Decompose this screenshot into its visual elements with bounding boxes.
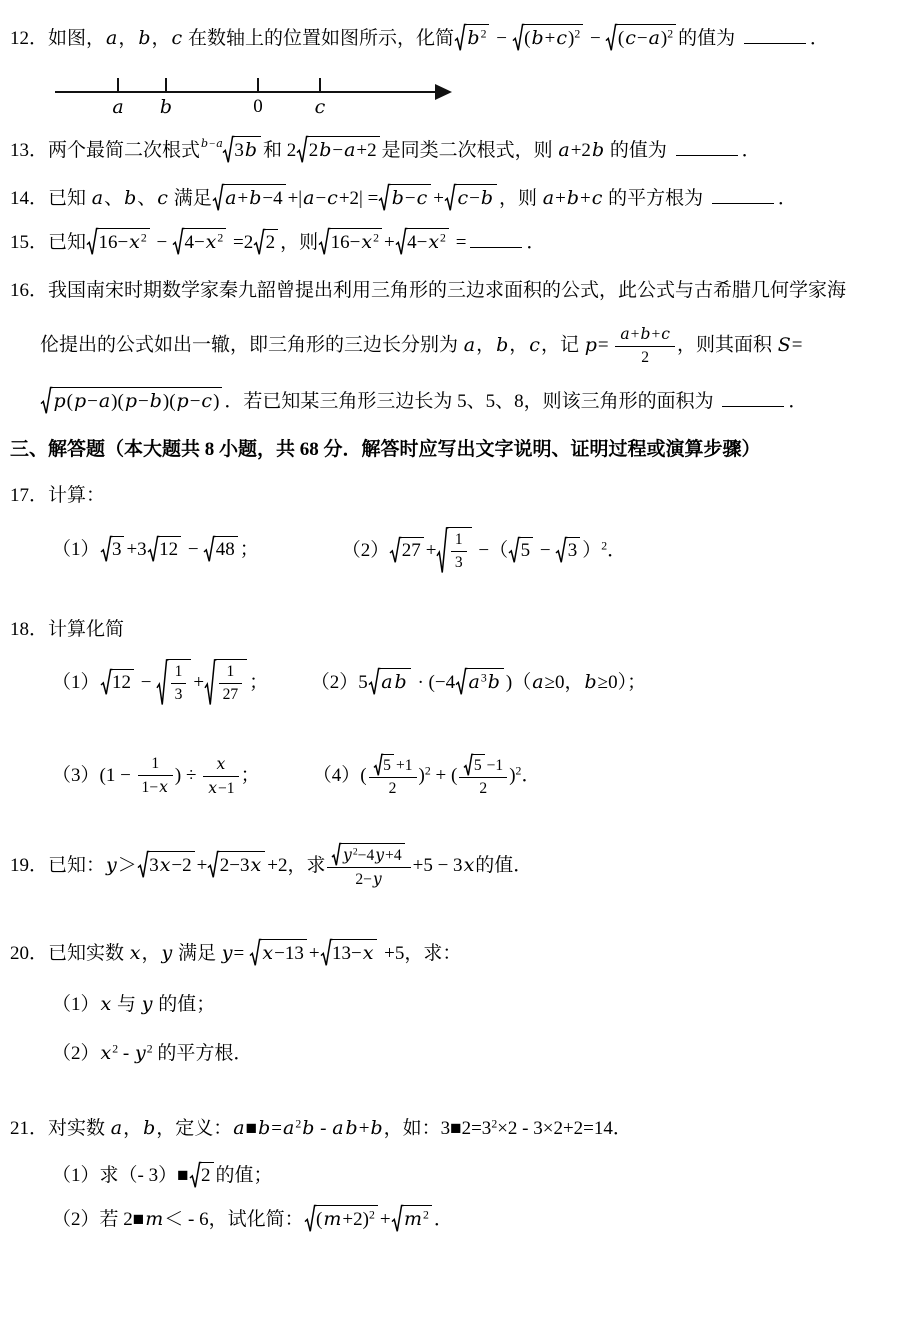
fraction-numerator: 1 — [171, 662, 187, 684]
math-variable: a — [224, 187, 237, 209]
math-variable: b — [200, 137, 209, 150]
problem-20-head: 20．已知实数 x，y 满足 y= x−13+13−x +5，求： — [10, 939, 887, 967]
fraction-denominator: 2 — [459, 778, 507, 799]
radical-sign-icon — [437, 527, 448, 574]
problem-17-item-2: （2）27+13 −（5 − 3）2． — [342, 527, 626, 574]
math-variable: p — [124, 390, 138, 412]
math-variable: c — [416, 187, 429, 209]
superscript: 2 — [491, 1117, 497, 1130]
math-variable: c — [200, 390, 213, 412]
superscript: 2 — [481, 28, 487, 41]
math-variable: c — [456, 187, 469, 209]
math-variable: y — [105, 854, 118, 876]
square-root: 12 — [148, 536, 181, 562]
fraction-denominator: 2−y — [327, 868, 410, 890]
math-variable: x — [128, 231, 141, 253]
radicand: 2−3x — [218, 851, 265, 878]
radical-sign-icon — [455, 24, 466, 51]
radical-sign-icon — [369, 668, 380, 695]
math-variable: b — [123, 187, 137, 209]
problem-17-head: 17．计算： — [10, 483, 887, 509]
superscript: 2 — [353, 847, 358, 858]
math-variable: b — [345, 1117, 359, 1139]
math-variable: x — [205, 231, 218, 253]
fraction: 13 — [451, 530, 467, 574]
math-variable: y — [221, 942, 234, 964]
square-root: 2 — [190, 1162, 214, 1188]
math-variable: x — [360, 231, 373, 253]
math-variable: a — [282, 1117, 295, 1139]
square-root: p(p−a)(p−b)(p−c) — [41, 387, 222, 414]
radical-sign-icon — [250, 939, 261, 966]
square-root: 48 — [204, 536, 237, 562]
number-line-label-c: c — [309, 94, 331, 120]
radical-sign-icon — [205, 659, 216, 706]
radicand: 48 — [214, 536, 238, 562]
radicand: a+b−4 — [222, 184, 285, 211]
radical-sign-icon — [445, 184, 456, 211]
math-variable: a — [531, 671, 544, 693]
tick-a — [117, 78, 119, 92]
tick-c — [319, 78, 321, 92]
square-root: a3b — [456, 668, 504, 695]
square-root: 12 — [101, 669, 134, 695]
math-variable: p — [176, 390, 190, 412]
superscript: 2 — [425, 764, 431, 777]
section-3-header: 三、解答题（本大题共 8 小题，共 68 分．解答时应写出文字说明、证明过程或演… — [10, 437, 887, 463]
radical-sign-icon — [392, 1205, 403, 1232]
math-variable: c — [660, 325, 671, 343]
radical-sign-icon — [456, 668, 467, 695]
math-variable: b — [495, 334, 509, 356]
radical-sign-icon — [297, 136, 308, 163]
square-root: 27 — [390, 537, 423, 563]
radicand: m2 — [401, 1205, 432, 1232]
problem-18-items-row-1: （1）12 − 13+127； （2）5ab · (−4a3b)（a≥0，b≥0… — [10, 659, 887, 706]
fraction-numerator: y2−4y+4 — [327, 843, 410, 868]
fraction: a+b+c2 — [615, 324, 675, 369]
math-variable: b — [584, 671, 598, 693]
answer-blank — [676, 153, 738, 156]
radicand: 27 — [400, 537, 424, 563]
fraction-numerator: 5+1 — [369, 754, 417, 778]
math-variable: a — [331, 1117, 344, 1139]
fraction-denominator: x−1 — [203, 777, 238, 799]
math-variable: b — [466, 27, 480, 49]
fraction-denominator: 2 — [615, 347, 675, 368]
radical-sign-icon — [319, 228, 330, 255]
math-variable: x — [100, 993, 113, 1015]
math-variable: c — [171, 27, 184, 49]
math-variable: x — [215, 755, 226, 773]
problem-18-item-3: （3）(1 − 11−x) ÷ xx−1； — [52, 754, 308, 800]
math-variable: c — [555, 27, 568, 49]
tick-0 — [257, 78, 259, 92]
math-variable: b — [369, 1117, 383, 1139]
radical-sign-icon — [464, 754, 473, 776]
superscript: 2 — [217, 232, 223, 245]
radical-sign-icon — [223, 136, 234, 163]
superscript: 2 — [423, 1208, 429, 1221]
square-root: (c−a)2 — [606, 24, 676, 51]
radical-sign-icon — [606, 24, 617, 51]
math-variable: x — [159, 854, 172, 876]
math-variable: c — [156, 187, 169, 209]
number-line-diagram: a b 0 c — [55, 64, 475, 120]
math-variable: a — [619, 325, 630, 343]
math-variable: x — [261, 942, 274, 964]
radicand: 3 — [566, 537, 581, 563]
radicand: c−b — [454, 184, 497, 211]
math-variable: b — [137, 27, 151, 49]
math-variable: a — [232, 1117, 245, 1139]
math-variable: b — [591, 139, 605, 161]
math-variable: x — [427, 231, 440, 253]
math-variable: y — [141, 993, 154, 1015]
math-variable: y — [161, 942, 174, 964]
radicand: 5 — [472, 754, 485, 776]
fraction-denominator: 1−x — [138, 776, 173, 798]
radical-sign-icon — [305, 1205, 316, 1232]
problem-21-head: 21．对实数 a，b，定义：a■b=a2b - ab+b，如：3■2=32×2 … — [10, 1115, 887, 1142]
radicand: 2 — [199, 1162, 214, 1188]
math-variable: b — [248, 187, 262, 209]
number-line-label-a: a — [107, 94, 129, 120]
radical-sign-icon — [41, 387, 52, 414]
radical-sign-icon — [101, 536, 112, 562]
radicand: 5 — [381, 754, 394, 776]
math-variable: y — [134, 1042, 147, 1064]
fraction-numerator: a+b+c — [615, 324, 675, 347]
math-variable: a — [380, 671, 393, 693]
radical-sign-icon — [173, 228, 184, 255]
superscript: 2 — [440, 232, 446, 245]
math-variable: p — [52, 390, 66, 412]
problem-20-item-2: （2）x2 - y2 的平方根． — [10, 1040, 887, 1067]
radical-sign-icon — [157, 659, 168, 706]
problem-18-head: 18．计算化简 — [10, 617, 887, 643]
answer-blank — [712, 201, 774, 204]
fraction: 5+12 — [369, 754, 417, 800]
fraction-numerator: 1 — [219, 662, 243, 684]
square-root: 5 — [509, 537, 533, 563]
number-line-label-0: 0 — [247, 94, 269, 120]
radicand: 127 — [215, 659, 248, 706]
radical-sign-icon — [509, 537, 520, 563]
square-root: 13 — [157, 659, 191, 706]
radicand: ab — [378, 668, 411, 695]
math-variable: a — [343, 139, 356, 161]
fraction-denominator: 3 — [171, 684, 187, 705]
problem-18-item-1: （1）12 − 13+127； — [52, 659, 306, 706]
problem-18-item-4: （4）(5+12)2 + (5−12)2． — [313, 754, 541, 800]
math-variable: x — [100, 1042, 113, 1064]
radical-sign-icon — [556, 537, 567, 563]
math-variable: b — [301, 1117, 315, 1139]
radicand: 2 — [264, 229, 279, 255]
problem-21-item-1: （1）求（- 3）■2的值； — [10, 1162, 887, 1189]
math-variable: b — [394, 671, 408, 693]
radicand: 3 — [110, 536, 125, 562]
square-root: a+b−4 — [213, 184, 286, 211]
math-variable: a — [557, 139, 570, 161]
problem-21-item-2: （2）若 2■m＜ - 6，试化简：(m+2)2+m2． — [10, 1205, 887, 1233]
problem-13: 13．两个最简二次根式b−a3b和 22b−a+2是同类二次根式，则 a+2b … — [10, 136, 887, 164]
radicand: 12 — [157, 536, 181, 562]
square-root: 13 — [437, 527, 471, 574]
fraction: 13 — [171, 662, 187, 706]
fraction: 11−x — [138, 754, 173, 799]
radicand: y2−4y+4 — [340, 843, 405, 866]
problem-17-item-1: （1）3+312 − 48； — [52, 536, 337, 563]
superscript: 2 — [574, 28, 580, 41]
math-variable: p — [584, 334, 598, 356]
radicand: 13 — [447, 527, 472, 574]
math-variable: a — [98, 390, 111, 412]
math-variable: b — [257, 1117, 271, 1139]
radical-sign-icon — [208, 851, 219, 878]
square-root: 5 — [374, 754, 394, 776]
superscript: 2 — [141, 232, 147, 245]
square-root: 2 — [254, 229, 278, 255]
math-variable: x — [250, 854, 263, 876]
math-variable: a — [468, 671, 481, 693]
math-variable: y — [374, 846, 385, 864]
problem-14: 14．已知 a、b、c 满足a+b−4+|a−c+2| =b−c+c−b，则 a… — [10, 184, 887, 212]
radicand: x−13 — [259, 939, 306, 966]
math-variable: c — [624, 27, 637, 49]
radicand: p(p−a)(p−b)(p−c) — [50, 387, 222, 414]
number-line-axis — [55, 91, 437, 93]
fraction-numerator: 1 — [451, 530, 467, 552]
square-root: c−b — [445, 184, 497, 211]
fraction-numerator: x — [203, 754, 238, 777]
math-variable: m — [322, 1208, 342, 1230]
fraction-denominator: 2 — [369, 778, 417, 799]
radical-sign-icon — [254, 229, 265, 255]
tick-b — [165, 78, 167, 92]
math-variable: a — [105, 27, 118, 49]
math-variable: b — [639, 325, 651, 343]
math-variable: x — [463, 854, 476, 876]
arrowhead-icon — [435, 84, 452, 100]
radicand: (m+2)2 — [314, 1205, 378, 1232]
math-variable: a — [110, 1117, 123, 1139]
radical-sign-icon — [321, 939, 332, 966]
radical-sign-icon — [332, 843, 341, 866]
square-root: 13−x — [321, 939, 378, 966]
problem-19: 19．已知：y＞3x−2+2−3x+2，求y2−4y+42−y+5 − 3x的值… — [10, 843, 887, 891]
radicand: 12 — [110, 669, 134, 695]
fraction: 127 — [219, 662, 243, 706]
fraction: xx−1 — [203, 754, 238, 800]
problem-15: 15．已知16−x2 − 4−x2 =22，则16−x2+4−x2 =． — [10, 228, 887, 256]
square-root: ab — [369, 668, 411, 695]
square-root: x−13 — [250, 939, 307, 966]
radicand: 3b — [232, 136, 261, 163]
fraction-numerator: 5−1 — [459, 754, 507, 778]
math-variable: a — [648, 27, 661, 49]
problem-17-items: （1）3+312 − 48； （2）27+13 −（5 − 3）2． — [10, 527, 887, 574]
radicand: b−c — [389, 184, 432, 211]
superscript: 3 — [481, 672, 487, 685]
radical-sign-icon — [138, 851, 149, 878]
square-root: 3 — [556, 537, 580, 563]
radicand: 16−x2 — [329, 228, 382, 255]
square-root: b2 — [455, 24, 490, 51]
answer-blank — [470, 245, 522, 248]
radicand: 4−x2 — [405, 228, 449, 255]
math-variable: y — [372, 870, 383, 888]
radical-sign-icon — [379, 184, 390, 211]
math-variable: m — [144, 1208, 164, 1230]
radicand: 4−x2 — [182, 228, 226, 255]
square-root: (m+2)2 — [305, 1205, 378, 1232]
math-variable: b — [244, 139, 258, 161]
math-variable: x — [158, 778, 169, 796]
square-root: m2 — [392, 1205, 432, 1232]
radical-sign-icon — [204, 536, 215, 562]
fraction-numerator: 1 — [138, 754, 173, 776]
math-variable: x — [129, 942, 142, 964]
square-root: 2b−a+2 — [297, 136, 379, 163]
radicand: 3x−2 — [147, 851, 194, 878]
superscript: 2 — [667, 28, 673, 41]
math-variable: a — [302, 187, 315, 209]
math-variable: S — [777, 334, 792, 356]
superscript: 2 — [112, 1042, 118, 1055]
math-variable: b — [480, 187, 494, 209]
root-index: b−a — [200, 138, 224, 150]
radicand: (c−a)2 — [616, 24, 676, 51]
superscript: 2 — [369, 1208, 375, 1221]
fraction: 5−12 — [459, 754, 507, 800]
answer-blank — [722, 404, 784, 407]
problem-16-line-3: p(p−a)(p−b)(p−c)．若已知某三角形三边长为 5、5、8，则该三角形… — [10, 387, 887, 415]
math-variable: a — [91, 187, 104, 209]
math-variable: p — [73, 390, 87, 412]
square-root: 3 — [101, 536, 125, 562]
radicand: 2b−a+2 — [307, 136, 380, 163]
radicand: b2 — [464, 24, 489, 51]
math-variable: m — [403, 1208, 423, 1230]
square-root: 4−x2 — [173, 228, 226, 255]
problem-16-line-2: 伦提出的公式如出一辙，即三角形的三边长分别为 a，b，c，记 p= a+b+c2… — [10, 324, 887, 369]
radical-sign-icon — [101, 669, 112, 695]
math-variable: b — [487, 671, 501, 693]
math-variable: x — [207, 779, 218, 797]
square-root: b−c — [379, 184, 431, 211]
radicand: 13−x — [330, 939, 377, 966]
math-variable: a — [463, 334, 476, 356]
math-variable: b — [566, 187, 580, 209]
radical-sign-icon — [190, 1162, 201, 1188]
radical-sign-icon — [148, 536, 159, 562]
radicand: 16−x2 — [96, 228, 149, 255]
square-root: 3b — [223, 136, 261, 163]
radicand: 5 — [519, 537, 534, 563]
math-variable: c — [591, 187, 604, 209]
square-root: (b+c)2 — [513, 24, 584, 51]
number-line-label-b: b — [155, 94, 177, 120]
problem-18-item-2: （2）5ab · (−4a3b)（a≥0，b≥0）； — [311, 668, 646, 696]
superscript: 2 — [516, 764, 522, 777]
superscript: 2 — [373, 232, 379, 245]
square-root: 127 — [205, 659, 247, 706]
math-variable: b — [318, 139, 332, 161]
answer-blank — [744, 41, 806, 44]
radical-sign-icon — [87, 228, 98, 255]
problem-20-item-1: （1）x 与 y 的值； — [10, 991, 887, 1018]
square-root: 5 — [464, 754, 484, 776]
math-variable: a — [542, 187, 555, 209]
radical-sign-icon — [374, 754, 383, 776]
radical-sign-icon — [390, 537, 401, 563]
math-variable: b — [149, 390, 163, 412]
radical-sign-icon — [213, 184, 224, 211]
math-variable: c — [528, 334, 541, 356]
problem-18-items-row-2: （3）(1 − 11−x) ÷ xx−1； （4）(5+12)2 + (5−12… — [10, 754, 887, 800]
radical-sign-icon — [396, 228, 407, 255]
square-root: 16−x2 — [87, 228, 150, 255]
math-variable: b — [142, 1117, 156, 1139]
radicand: a3b — [466, 668, 504, 695]
fraction: y2−4y+42−y — [327, 843, 410, 891]
problem-16-line-1: 16．我国南宋时期数学家秦九韶曾提出利用三角形的三边求面积的公式，此公式与古希腊… — [10, 278, 887, 304]
square-root: 2−3x — [208, 851, 265, 878]
math-variable: b — [530, 27, 544, 49]
superscript: 2 — [147, 1042, 153, 1055]
fraction-denominator: 3 — [451, 552, 467, 573]
square-root: 4−x2 — [396, 228, 449, 255]
square-root: y2−4y+4 — [332, 843, 404, 866]
math-variable: c — [326, 187, 339, 209]
math-variable: b — [391, 187, 405, 209]
square-root: 16−x2 — [319, 228, 382, 255]
math-variable: y — [342, 846, 353, 864]
radicand: (b+c)2 — [522, 24, 583, 51]
fraction-denominator: 27 — [219, 684, 243, 705]
radical-sign-icon — [513, 24, 524, 51]
radicand: 13 — [167, 659, 192, 706]
superscript: 2 — [601, 539, 607, 552]
page: 12．如图，a，b，c 在数轴上的位置如图所示，化简b2 − (b+c)2 − … — [0, 0, 897, 1321]
square-root: 3x−2 — [138, 851, 195, 878]
math-variable: x — [362, 942, 375, 964]
problem-12: 12．如图，a，b，c 在数轴上的位置如图所示，化简b2 − (b+c)2 − … — [10, 24, 887, 52]
